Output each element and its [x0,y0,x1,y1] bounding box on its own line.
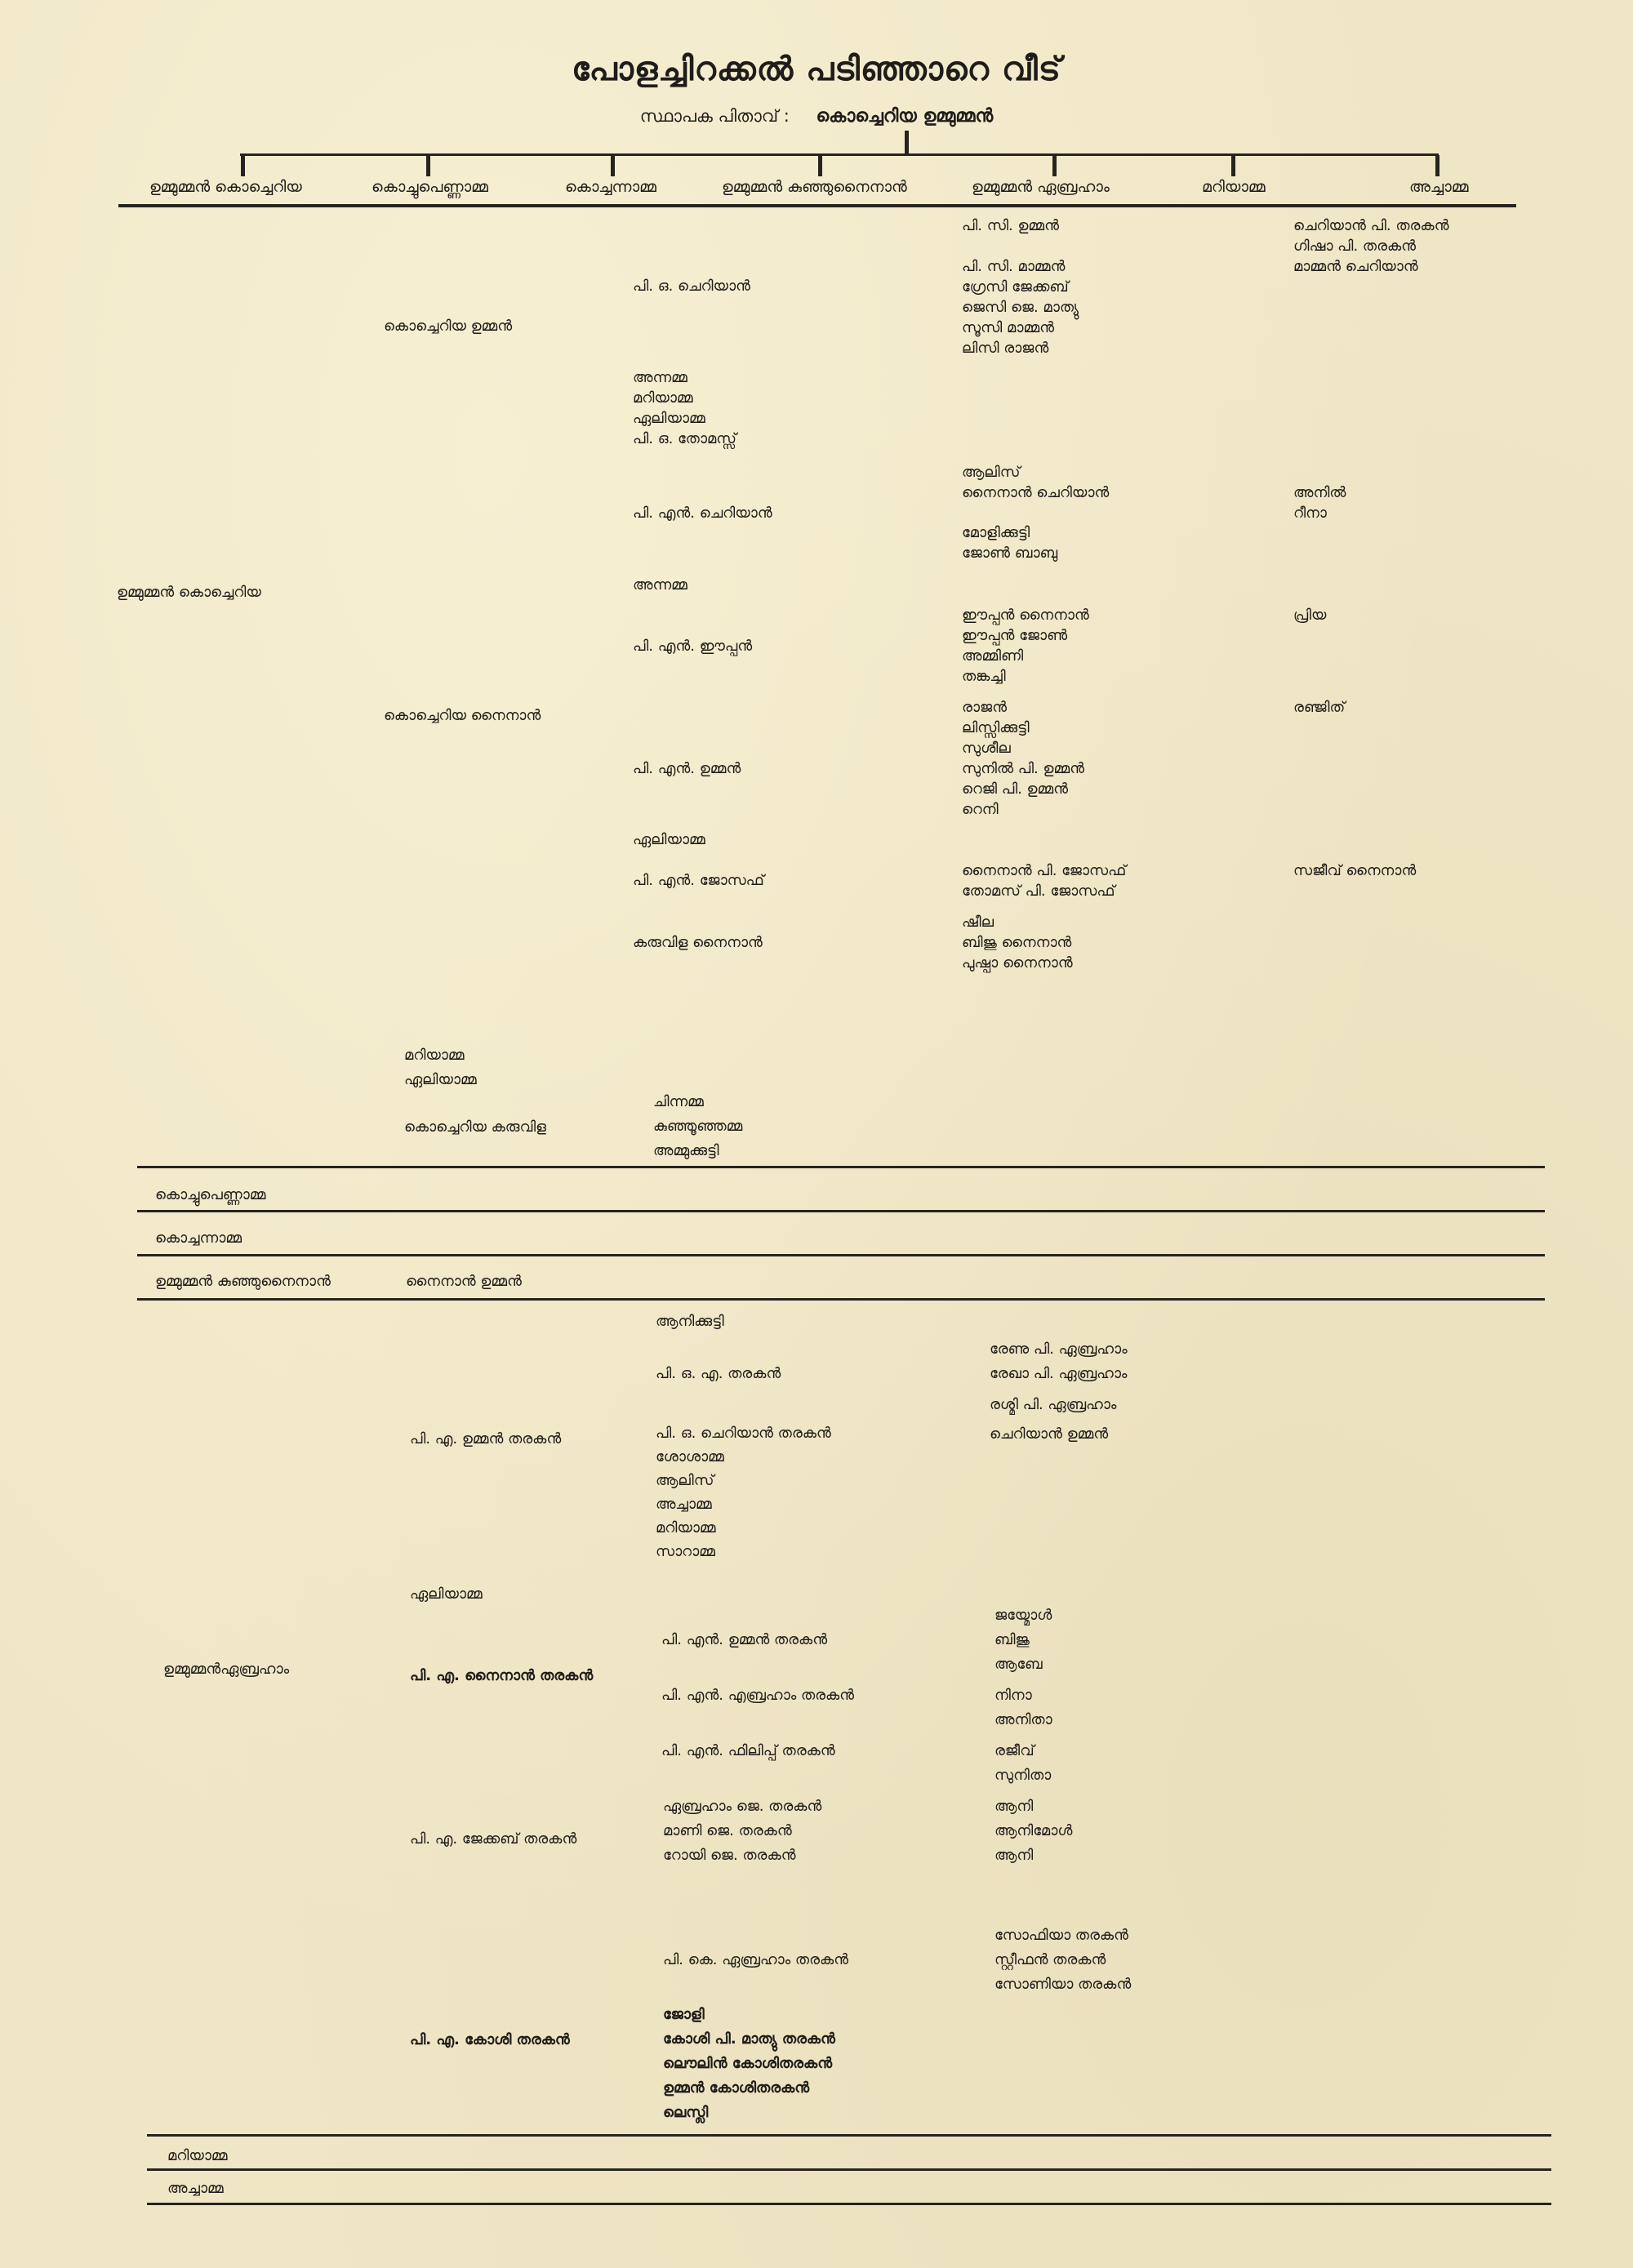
gen2-eliyamma: ഏലിയാമ്മ [404,1070,477,1090]
child-connector-4 [818,155,822,176]
child-connector-2 [426,155,430,176]
child-connector-5 [1052,155,1057,176]
gen3-pn-oommen: പി. എൻ. ഉമ്മൻ [633,758,741,779]
row-kochupennamma: കൊച്ചുപെണ്ണാമ്മ [155,1185,265,1205]
list-item: രജീവ് [994,1741,1051,1765]
koshy-children: ജോളി കോശി പി. മാത്യു തരകൻ ലൌലിൻ കോശിതരകൻ… [663,2004,835,2127]
list-item: സോഫിയാ തരകൻ [994,1925,1131,1950]
child-header-5: ഉമ്മുമ്മൻ ഏബ്രഹാം [972,178,1110,196]
list-item: ലിസ്സിക്കുട്ടി [962,718,1084,738]
child-connector-6 [1231,155,1235,176]
jacob-grandchildren: ആനി ആനിമോൾ ആനി [994,1796,1072,1870]
list-item: സാറാമ്മ [656,1541,831,1565]
row-kochannamma: കൊച്ചന്നാമ്മ [155,1228,242,1248]
row-divider [147,2168,1551,2171]
list-item: ചെറിയാൻ ഉമ്മൻ [990,1424,1116,1448]
gen2-pa-ninan-tharakan: പി. എ. നൈനാൻ തരകൻ [410,1665,593,1686]
list-item: രേഖാ പി. ഏബ്രഹാം [990,1363,1128,1388]
gen3-eliyamma: ഏലിയാമ്മ [633,829,705,850]
list-item: ബിജു [994,1630,1052,1654]
gen3-anikutty: ആനിക്കുട്ടി [656,1311,724,1332]
poa-children-b: രശ്മി പി. ഏബ്രഹാം ചെറിയാൻ ഉമ്മൻ [990,1394,1116,1448]
kunjuninan-child: നൈനാൻ ഉമ്മൻ [406,1271,522,1292]
gen3-po-cheriyan: പി. ഒ. ചെറിയാൻ [633,276,750,296]
list-item: ഈപ്പൻ ജോൺ [962,625,1089,646]
list-item: ശോശാമ്മ [656,1447,831,1470]
founder-row: സ്ഥാപക പിതാവ് : കൊച്ചെറിയ ഉമ്മുമ്മൻ [0,106,1633,127]
gen3-pn-oommen-tharakan: പി. എൻ. ഉമ്മൻ തരകൻ [661,1630,827,1650]
list-item: രാജൻ [962,697,1084,718]
list-item: ജെസി ജെ. മാത്യു [962,297,1079,318]
list-item: ജോൺ ബാബു [962,543,1057,563]
gen3-pn-abraham-tharakan: പി. എൻ. എബ്രഹാം തരകൻ [661,1685,854,1705]
list-item: ഷീല [962,912,1073,932]
list-item: ലെസ്ലി [663,2102,835,2127]
list-item: ചിന്നമ്മ [653,1092,742,1116]
gen3-annamma: അന്നമ്മ [633,575,687,595]
gen3-pn-cheriyan: പി. എൻ. ചെറിയാൻ [633,503,772,523]
list-item: മറിയാമ്മ [633,388,736,408]
list-item: ജോളി [663,2004,835,2029]
pn-cheriyan-children-a: ആലിസ് നൈനാൻ ചെറിയാൻ [962,462,1109,503]
pn-eappen-children: ഈപ്പൻ നൈനാൻ ഈപ്പൻ ജോൺ അമ്മിണി തങ്കച്ചി [962,605,1089,687]
list-item: സ്റ്റീഫൻ തരകൻ [994,1950,1131,1974]
list-item: പി. സി. മാമ്മൻ [962,256,1079,277]
list-item: രേണു പി. ഏബ്രഹാം [990,1339,1128,1363]
list-item: പി. ഒ. ചെറിയാൻ തരകൻ [656,1423,831,1447]
header-divider [118,204,1516,207]
rajan-child: രഞ്ജിത് [1293,697,1345,718]
list-item: രശ്മി പി. ഏബ്രഹാം [990,1394,1116,1424]
list-item: റെജി പി. ഉമ്മൻ [962,779,1084,799]
list-item: സുശീല [962,738,1084,758]
founder-name: കൊച്ചെറിയ ഉമ്മുമ്മൻ [816,106,994,127]
gen2-kocheriya-karuvila: കൊച്ചെറിയ കരുവിള [404,1117,546,1137]
list-item: അന്നമ്മ [633,367,736,388]
karuvila-children: ചിന്നമ്മ കുഞ്ഞൂഞ്ഞമ്മ അമ്മുക്കുട്ടി [653,1092,742,1165]
child-header-2: കൊച്ചുപെണ്ണാമ്മ [372,178,488,196]
list-item: ബിജു നൈനാൻ [962,932,1073,953]
list-item: അനിതാ [994,1710,1052,1734]
list-item: ഗ്രേസി ജേക്കബ് [962,277,1079,297]
row-divider [137,1254,1545,1256]
list-item: സോണിയാ തരകൻ [994,1974,1131,1999]
list-item: മറിയാമ്മ [656,1518,831,1541]
pn-joseph-children: നൈനാൻ പി. ജോസഫ് തോമസ് പി. ജോസഫ് [962,861,1126,901]
eappen-ninan-child: പ്രിയ [1293,605,1326,625]
list-item: തങ്കച്ചി [962,666,1089,687]
children-bar [240,153,1439,156]
branch1-root: ഉമ്മുമ്മൻ കൊച്ചെറിയ [117,582,261,603]
list-item: സൂസി മാമ്മൻ [962,318,1079,338]
row-divider [147,2134,1551,2137]
list-item: ആലിസ് [962,462,1109,483]
list-item: പി. ഒ. തോമസ്സ് [633,429,736,449]
gen2-pa-koshy-tharakan: പി. എ. കോശി തരകൻ [410,2030,570,2050]
pc-mammen-group: പി. സി. മാമ്മൻ ഗ്രേസി ജേക്കബ് ജെസി ജെ. മ… [962,256,1079,358]
gen2-kocheriya-ninan: കൊച്ചെറിയ നൈനാൻ [384,705,541,726]
list-item: നൈനാൻ ചെറിയാൻ [962,483,1109,503]
gen2-pa-jacob-tharakan: പി. എ. ജേക്കബ് തരകൻ [410,1829,576,1849]
ninan-p-joseph-child: സജീവ് നൈനാൻ [1293,861,1416,881]
pn-abraham-children: നിനാ അനിതാ [994,1685,1052,1734]
oommen-daughters-list: അന്നമ്മ മറിയാമ്മ ഏലിയാമ്മ പി. ഒ. തോമസ്സ് [633,367,736,449]
gen3-poa-tharakan: പി. ഒ. എ. തരകൻ [656,1363,781,1384]
gen3-pk-abraham-tharakan: പി. കെ. ഏബ്രഹാം തരകൻ [663,1950,848,1970]
list-item: അച്ചാമ്മ [656,1494,831,1518]
list-item: കുഞ്ഞൂഞ്ഞമ്മ [653,1116,742,1141]
child-connector-7 [1435,155,1439,176]
list-item: മാമ്മൻ ചെറിയാൻ [1293,256,1449,277]
row-achamma: അച്ചാമ്മ [167,2178,224,2199]
list-item: അമ്മുക്കുട്ടി [653,1141,742,1165]
pn-philip-children: രജീവ് സുനിതാ [994,1741,1051,1790]
list-item: ജയ്മോൾ [994,1605,1052,1630]
pn-oommen-children: രാജൻ ലിസ്സിക്കുട്ടി സുശീല സുനിൽ പി. ഉമ്മ… [962,697,1084,820]
child-connector-1 [241,155,245,176]
list-item: ലൌലിൻ കോശിതരകൻ [663,2053,835,2078]
gen3-karuvila-ninan: കരുവിള നൈനാൻ [633,932,763,953]
gen4-pc-oommen: പി. സി. ഉമ്മൻ [962,216,1059,236]
row-divider [137,1298,1545,1301]
child-connector-3 [611,155,615,176]
gen3-pn-joseph: പി. എൻ. ജോസഫ് [633,870,764,891]
list-item: റീനാ [1293,503,1346,523]
ninan-cheriyan-children: അനിൽ റീനാ [1293,483,1346,523]
list-item: കോശി പി. മാത്യു തരകൻ [663,2029,835,2053]
gen3-pn-eappen: പി. എൻ. ഈപ്പൻ [633,636,752,656]
list-item: നൈനാൻ പി. ജോസഫ് [962,861,1126,881]
list-item: റെനി [962,799,1084,820]
row-mariamma: മറിയാമ്മ [167,2146,228,2166]
document-title: പോളച്ചിറക്കൽ പടിഞ്ഞാറെ വീട് [0,51,1633,88]
child-header-7: അച്ചാമ്മ [1409,178,1468,196]
list-item: സുനിൽ പി. ഉമ്മൻ [962,758,1084,779]
row-kunjuninan: ഉമ്മുമ്മൻ കുഞ്ഞുനൈനാൻ [155,1271,331,1292]
row-divider [137,1210,1545,1212]
list-item: ഏലിയാമ്മ [633,408,736,429]
row-divider [147,2203,1551,2205]
list-item: സുനിതാ [994,1765,1051,1790]
list-item: അമ്മിണി [962,646,1089,666]
child-header-4: ഉമ്മുമ്മൻ കുഞ്ഞുനൈനാൻ [722,178,907,196]
gen2-mariamma: മറിയാമ്മ [404,1045,465,1065]
list-item: അനിൽ [1293,483,1346,503]
list-item: ഉമ്മൻ കോശിതരകൻ [663,2078,835,2102]
founder-connector [905,131,909,153]
list-item: നിനാ [994,1685,1052,1710]
list-item: ഈപ്പൻ നൈനാൻ [962,605,1089,625]
gen2-eliyamma-abraham: ഏലിയാമ്മ [410,1584,483,1604]
founder-label: സ്ഥാപക പിതാവ് : [640,106,790,126]
list-item: ആനിമോൾ [994,1821,1072,1845]
list-item: ആനി [994,1796,1072,1821]
list-item: മോളിക്കുട്ടി [962,523,1057,543]
list-item: ലിസി രാജൻ [962,338,1079,358]
child-header-1: ഉമ്മുമ്മൻ കൊച്ചെറിയ [149,178,302,196]
jacob-children: ഏബ്രഹാം ജെ. തരകൻ മാണി ജെ. തരകൻ റോയി ജെ. … [663,1796,821,1870]
child-header-3: കൊച്ചന്നാമ്മ [565,178,656,196]
gen2-kocheriya-oommen: കൊച്ചെറിയ ഉമ്മൻ [384,316,512,336]
karuvila-ninan-children: ഷീല ബിജു നൈനാൻ പുഷ്പാ നൈനാൻ [962,912,1073,973]
pk-abraham-children: സോഫിയാ തരകൻ സ്റ്റീഫൻ തരകൻ സോണിയാ തരകൻ [994,1925,1131,1999]
list-item: മാണി ജെ. തരകൻ [663,1821,821,1845]
list-item: ആലിസ് [656,1470,831,1494]
list-item: ആബേ [994,1654,1052,1679]
list-item: പുഷ്പാ നൈനാൻ [962,953,1073,973]
list-item: തോമസ് പി. ജോസഫ് [962,881,1126,901]
list-item: ഏബ്രഹാം ജെ. തരകൻ [663,1796,821,1821]
gen2-pa-oommen-tharakan: പി. എ. ഉമ്മൻ തരകൻ [410,1429,561,1449]
list-item: ചെറിയാൻ പി. തരകൻ [1293,216,1449,236]
branch-abraham-root: ഉമ്മുമ്മൻഏബ്രഹാം [163,1659,289,1679]
child-header-6: മറിയാമ്മ [1202,178,1266,196]
gen3-pn-philip-tharakan: പി. എൻ. ഫിലിപ്പ് തരകൻ [661,1741,835,1761]
poa-children: രേണു പി. ഏബ്രഹാം രേഖാ പി. ഏബ്രഹാം [990,1339,1128,1388]
pn-cheriyan-children-b: മോളിക്കുട്ടി ജോൺ ബാബു [962,523,1057,563]
pc-oommen-children: ചെറിയാൻ പി. തരകൻ ഗിഷാ പി. തരകൻ മാമ്മൻ ചെ… [1293,216,1449,277]
row-divider [137,1166,1545,1168]
list-item: ആനി [994,1845,1072,1870]
list-item: ഗിഷാ പി. തരകൻ [1293,236,1449,256]
list-item: റോയി ജെ. തരകൻ [663,1845,821,1870]
pa-oommen-children-list: പി. ഒ. ചെറിയാൻ തരകൻ ശോശാമ്മ ആലിസ് അച്ചാമ… [656,1423,831,1565]
pn-oommen-tharakan-children: ജയ്മോൾ ബിജു ആബേ [994,1605,1052,1679]
